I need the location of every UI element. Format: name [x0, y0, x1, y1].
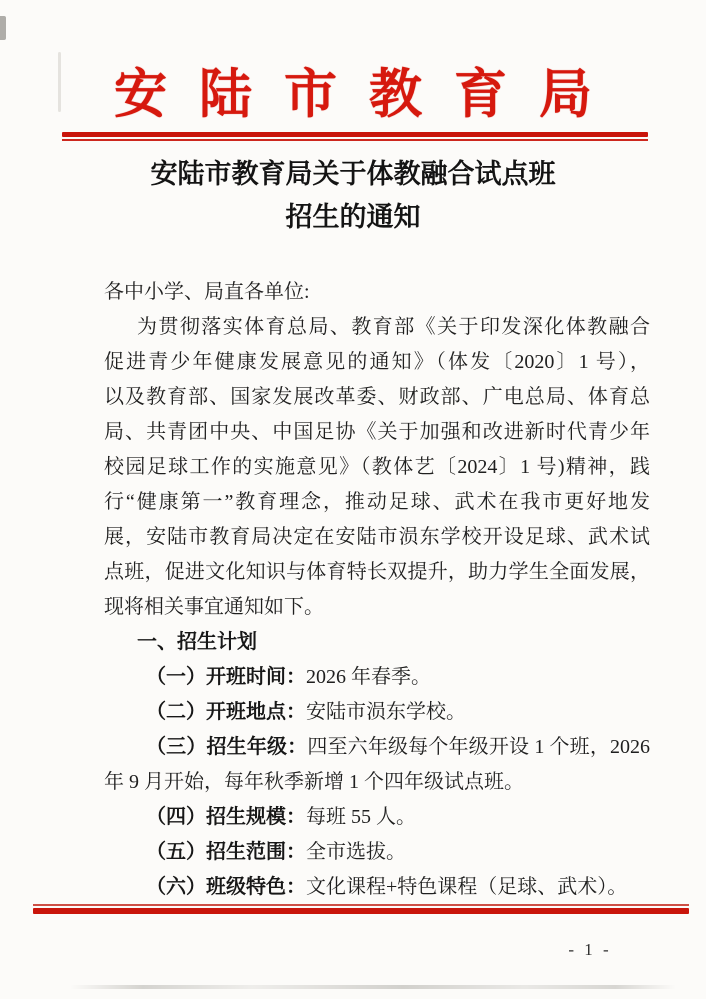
document-title-line2: 招生的通知 — [0, 196, 706, 239]
item-value: 全市选拔。 — [306, 841, 406, 863]
item-value: 每班 55 人。 — [306, 806, 416, 828]
letterhead-rule-thick — [62, 132, 648, 137]
document-title: 安陆市教育局关于体教融合试点班 招生的通知 — [0, 153, 706, 239]
scan-bottom-smudge — [70, 985, 676, 989]
document-title-line1: 安陆市教育局关于体教融合试点班 — [0, 153, 706, 196]
paragraph-line: 以及教育部、国家发展改革委、财政部、广电总局、体育总 — [104, 380, 650, 415]
item-label: （二）开班地点： — [146, 701, 306, 723]
paragraph-line: 展，安陆市教育局决定在安陆市涢东学校开设足球、武术试 — [104, 520, 650, 555]
paragraph-line: 校园足球工作的实施意见》（教体艺〔2024〕1 号)精神，践 — [104, 450, 650, 485]
section-heading: 一、招生计划 — [104, 625, 650, 660]
paragraph-line: 为贯彻落实体育总局、教育部《关于印发深化体教融合 — [104, 310, 650, 345]
footer-rule — [33, 904, 689, 914]
paragraph-line: 局、共青团中央、中国足协《关于加强和改进新时代青少年 — [104, 415, 650, 450]
salutation: 各中小学、局直各单位: — [104, 275, 650, 310]
paragraph-line: 促进青少年健康发展意见的通知》（体发〔2020〕1 号）， — [104, 345, 650, 380]
enrollment-item-4: （四）招生规模：每班 55 人。 — [104, 800, 650, 835]
letterhead-rule-thin — [62, 139, 648, 141]
enrollment-item-6: （六）班级特色：文化课程+特色课程（足球、武术）。 — [104, 870, 650, 905]
enrollment-item-2: （二）开班地点：安陆市涢东学校。 — [104, 695, 650, 730]
item-value: 文化课程+特色课程（足球、武术）。 — [306, 876, 627, 898]
footer-rule-thick — [33, 908, 689, 914]
page-number: - 1 - — [540, 940, 640, 960]
item-label: （六）班级特色： — [146, 876, 306, 898]
enrollment-item-5: （五）招生范围：全市选拔。 — [104, 835, 650, 870]
scanned-notice-page: 安陆市教育局 安陆市教育局关于体教融合试点班 招生的通知 各中小学、局直各单位:… — [0, 0, 706, 999]
item-label: （五）招生范围： — [146, 841, 306, 863]
enrollment-item-3: （三）招生年级：四至六年级每个年级开设 1 个班，2026 — [104, 730, 650, 765]
item-value: 安陆市涢东学校。 — [306, 701, 466, 723]
item-label: （一）开班时间： — [146, 666, 306, 688]
item-label: （四）招生规模： — [146, 806, 306, 828]
item-value: 四至六年级每个年级开设 1 个班，2026 — [307, 736, 650, 758]
paragraph-line: 点班，促进文化知识与体育特长双提升，助力学生全面发展， — [104, 555, 650, 590]
document-body: 各中小学、局直各单位: 为贯彻落实体育总局、教育部《关于印发深化体教融合 促进青… — [104, 275, 650, 905]
letterhead-rule — [62, 132, 648, 141]
paragraph-line: 行“健康第一”教育理念，推动足球、武术在我市更好地发 — [104, 485, 650, 520]
scan-corner-mark — [0, 16, 6, 40]
item-label: （三）招生年级： — [146, 736, 307, 758]
footer-rule-thin — [33, 904, 689, 906]
enrollment-item-1: （一）开班时间：2026 年春季。 — [104, 660, 650, 695]
item-value: 2026 年春季。 — [306, 666, 431, 688]
enrollment-item-3-continuation: 年 9 月开始，每年秋季新增 1 个四年级试点班。 — [104, 765, 650, 800]
agency-letterhead: 安陆市教育局 — [0, 66, 706, 124]
paragraph-line: 现将相关事宜通知如下。 — [104, 590, 650, 625]
